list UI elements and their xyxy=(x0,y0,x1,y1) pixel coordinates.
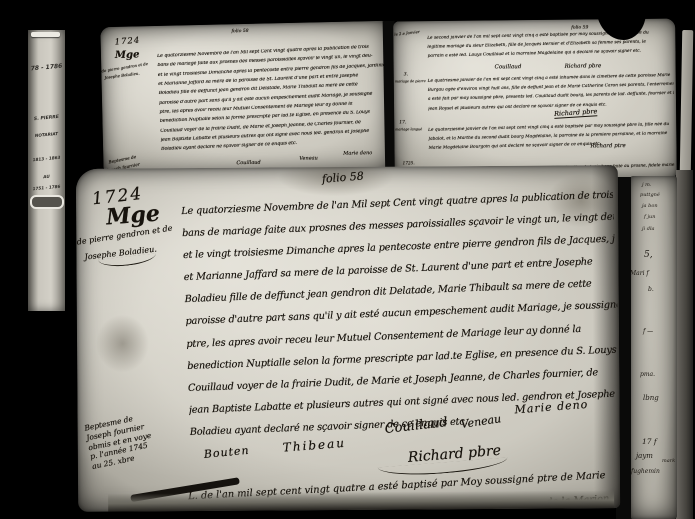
edge-fragment: lbng xyxy=(643,394,659,402)
edge-fragment: ja bon xyxy=(642,203,658,209)
page-edge-strip xyxy=(680,30,694,175)
record-body-small: Le quatorziesme Novembre de l'an Mil sep… xyxy=(157,44,391,157)
top-left-page: 1724 folio 58 Mge de pierre gendron et d… xyxy=(100,21,390,177)
folio-label: folio 58 xyxy=(231,29,248,34)
edge-fragment: 17 f xyxy=(642,437,657,446)
edge-fragment: Mari f xyxy=(630,270,649,277)
page-bottom-edge xyxy=(108,490,614,512)
witness-signature: Bouten xyxy=(203,444,250,461)
edge-fragment: ji dla xyxy=(642,226,655,232)
register-entry: Le quatorziesme janvier de l'an mil sept… xyxy=(428,122,675,156)
spine-label: 1813 - 1863 xyxy=(28,154,65,162)
register-entry: Le quatriesme janvier de l'an mil sept c… xyxy=(428,73,675,116)
entry-signature: Richard ptre xyxy=(590,143,625,149)
spine-top-edge xyxy=(31,32,60,37)
book-edge xyxy=(676,170,693,519)
microfilm-scan: 78 - 1786 S. PIERRE NOTARIAT 1813 - 1863… xyxy=(0,0,695,519)
spine-label: 78 - 1786 xyxy=(28,62,65,72)
edge-fragment: puttgné xyxy=(640,192,660,198)
edge-fragment: f jun xyxy=(644,214,655,220)
spine-label: NOTARIAT xyxy=(28,130,65,138)
gutter-shadow xyxy=(592,165,620,508)
spine-clip-icon xyxy=(30,195,64,209)
stain xyxy=(95,313,150,373)
entry-signature: Couillaud xyxy=(495,64,522,70)
margin-note: mariage de pierre xyxy=(395,79,427,84)
spine-label: S. PIERRE xyxy=(28,114,65,122)
witness-signature: Couillaud xyxy=(236,160,260,167)
witness-signature: Marie deno xyxy=(343,150,372,157)
edge-fragment: 5, xyxy=(644,250,653,260)
margin-note-num: 17. xyxy=(399,120,406,125)
edge-fragment: fughemin xyxy=(631,468,660,475)
spine-label: AU xyxy=(28,172,65,180)
book-spine: 78 - 1786 S. PIERRE NOTARIAT 1813 - 1863… xyxy=(28,30,65,311)
main-page: 1724 folio 58 Mge de pierre gendron et d… xyxy=(76,165,620,512)
margin-note: le 2.e Janvier xyxy=(394,29,420,37)
edge-fragment: j m. xyxy=(642,182,651,188)
omission-note: Beptesme de Joseph fournier obmis et en … xyxy=(84,411,156,472)
edge-fragment: f — xyxy=(643,328,653,335)
facing-page-sliver: j m. puttgné ja bon f jun ji dla 5, Mari… xyxy=(630,176,677,519)
folio-label: folio 59 xyxy=(571,25,588,30)
edge-fragment: pma. xyxy=(640,371,655,378)
margin-note: mariage langué xyxy=(395,127,431,132)
spine-label: 1751 - 1786 xyxy=(28,183,65,191)
edge-fragment: mark xyxy=(662,458,675,464)
margin-monogram: Mge xyxy=(115,49,140,61)
edge-fragment: jaym xyxy=(636,452,653,460)
edge-fragment: b. xyxy=(648,286,654,293)
top-right-page: folio 59 le 2.e Janvier 3. mariage de pi… xyxy=(393,19,677,184)
entry-signature: Richard pbre xyxy=(565,63,602,69)
register-entry: Le second janvier de l'an mil sept cent … xyxy=(427,30,674,64)
margin-year: 1725. xyxy=(403,160,415,165)
page-year: 1724 xyxy=(114,36,140,48)
entry-signature: Richard pbre xyxy=(554,107,598,119)
margin-note-num: 3. xyxy=(404,72,408,77)
witness-signature: Veneau xyxy=(299,155,318,161)
